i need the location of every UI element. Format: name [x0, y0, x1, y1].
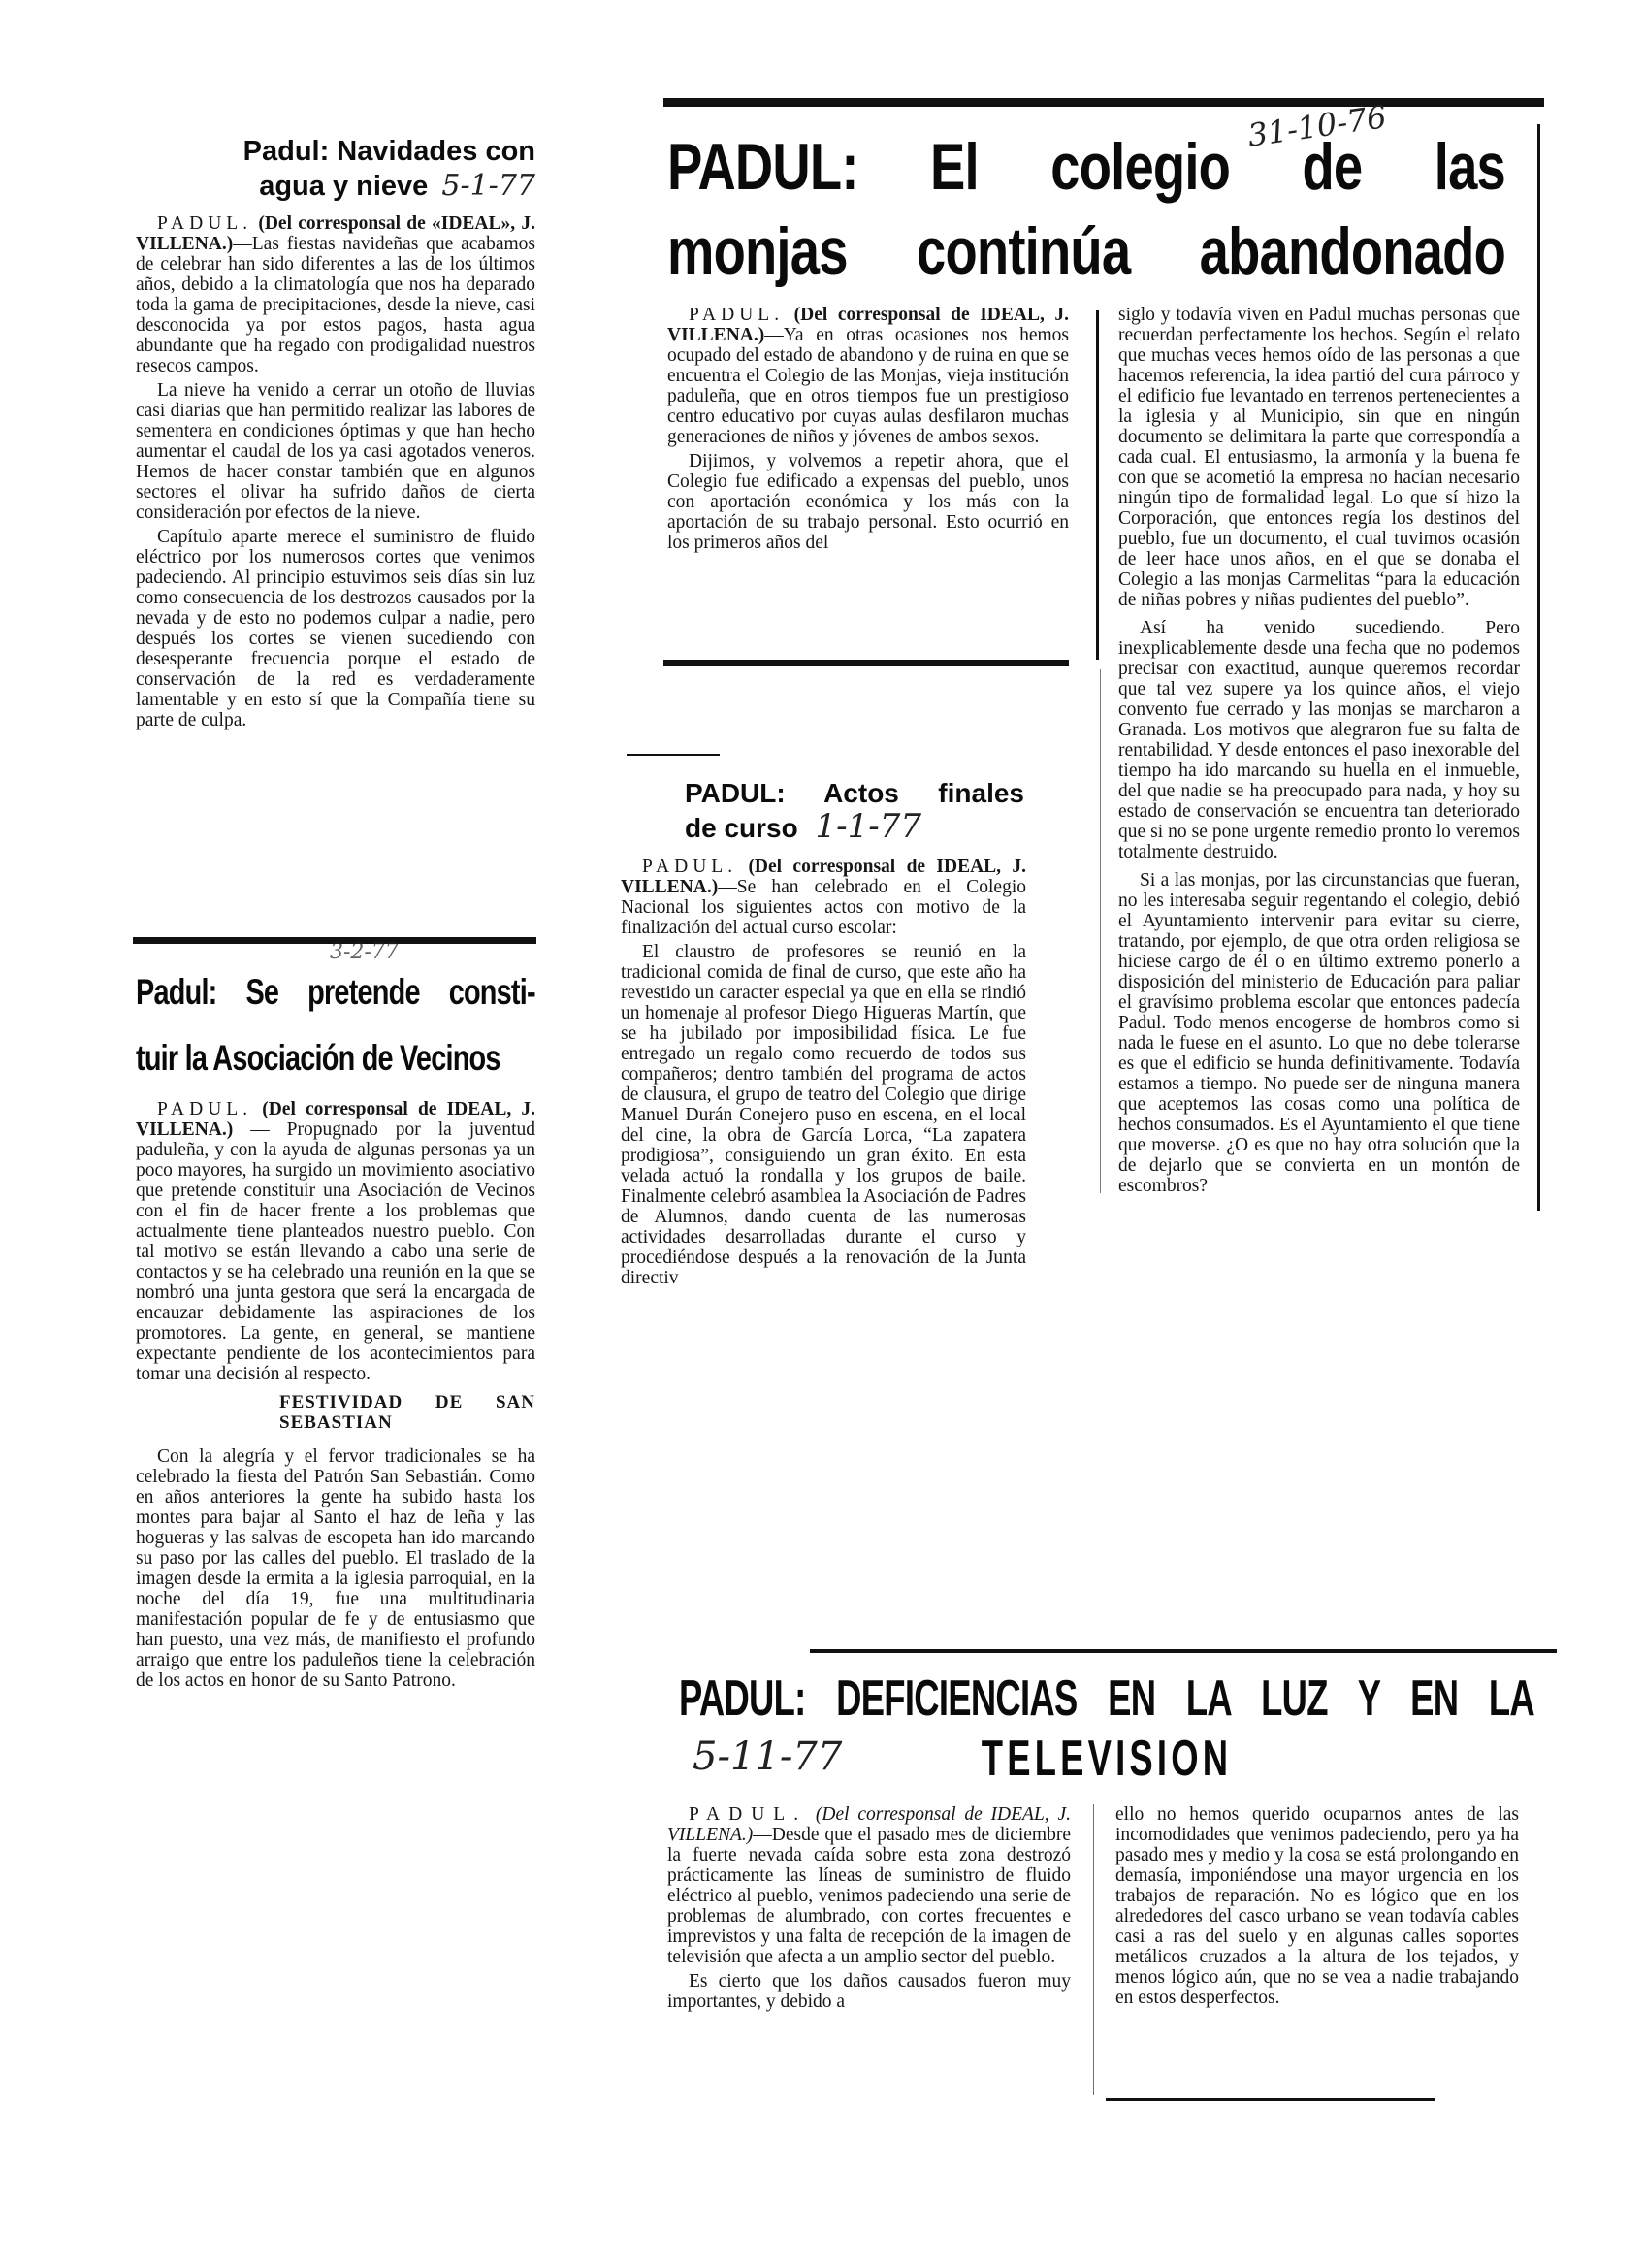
headline-line-2: tuir la Asociación de Vecinos	[136, 1025, 535, 1091]
handwritten-date: 1-1-77	[815, 807, 921, 846]
rule-deficiencias-bottom	[1106, 2098, 1435, 2101]
paragraph: Si a las monjas, por las circunstancias …	[1118, 870, 1520, 1196]
article-body: PADUL. (Del corresponsal de «IDEAL», J. …	[136, 213, 535, 730]
headline-line-2: monjas continúa abandonado	[667, 210, 1505, 294]
paragraph: Capítulo aparte merece el suministro de …	[136, 527, 535, 730]
paragraph-lead: PADUL. (Del corresponsal de IDEAL, J. VI…	[667, 1804, 1071, 1967]
column-divider	[1093, 1804, 1094, 2095]
paragraph: ello no hemos querido ocuparnos antes de…	[1115, 1804, 1519, 2008]
article-asociacion: 3-2-77 Padul: Se pretende consti- tuir l…	[136, 946, 535, 1691]
dateline: PADUL.	[642, 857, 737, 877]
rule-colegio-top	[663, 98, 1544, 107]
headline-line-1: PADUL: Actos finales	[685, 776, 1024, 810]
column-divider	[1096, 310, 1099, 660]
paragraph: El claustro de profesores se reunió en l…	[621, 942, 1026, 1288]
paragraph: Dijimos, y volvemos a repetir ahora, que…	[667, 451, 1069, 553]
rule-actos-top	[627, 754, 720, 756]
rule-deficiencias-top	[810, 1649, 1557, 1653]
paragraph: siglo y todavía viven en Padul muchas pe…	[1118, 305, 1520, 610]
deficiencias-column-2: ello no hemos querido ocuparnos antes de…	[1115, 1804, 1519, 2008]
headline-line-1: PADUL: DEFICIENCIAS EN LA LUZ Y EN LA	[679, 1669, 1534, 1729]
deficiencias-column-1: PADUL. (Del corresponsal de IDEAL, J. VI…	[667, 1804, 1071, 2012]
paragraph-lead: PADUL. (Del corresponsal de IDEAL, J. VI…	[621, 857, 1026, 938]
paragraph-lead: PADUL. (Del corresponsal de IDEAL, J. VI…	[136, 1099, 535, 1384]
article-deficiencias: PADUL: DEFICIENCIAS EN LA LUZ Y EN LA TE…	[679, 1669, 1552, 1789]
headline-line-1: Padul: Navidades con	[136, 134, 535, 169]
paragraph: Así ha venido sucediendo. Pero inexplica…	[1118, 618, 1520, 862]
article-navidades: Padul: Navidades con agua y nieve 5-1-77…	[136, 134, 535, 730]
article-body: PADUL. (Del corresponsal de IDEAL, J. VI…	[621, 857, 1026, 1288]
dateline: PADUL.	[689, 1804, 807, 1825]
paragraph-lead: PADUL. (Del corresponsal de «IDEAL», J. …	[136, 213, 535, 376]
paragraph: — Propugnado por la juventud paduleña, y…	[136, 1119, 535, 1384]
paragraph: —Las fiestas navideñas que acabamos de c…	[136, 234, 535, 376]
column-divider-lower	[1100, 669, 1101, 1193]
paragraph: La nieve ha venido a cerrar un otoño de …	[136, 380, 535, 523]
paragraph: Con la alegría y el fervor tradicionales…	[136, 1446, 535, 1691]
headline-line-2: agua y nieve 5-1-77	[136, 169, 535, 204]
subheading: FESTIVIDAD DE SAN SEBASTIAN	[279, 1392, 535, 1433]
handwritten-date: 5-1-77	[441, 169, 535, 203]
dateline: PADUL.	[689, 305, 784, 325]
headline-line-2: de curso 1-1-77	[685, 810, 1026, 845]
headline-asociacion: Padul: Se pretende consti- tuir la Asoci…	[136, 959, 535, 1091]
article-body: PADUL. (Del corresponsal de IDEAL, J. VI…	[136, 1099, 535, 1691]
headline-navidades: Padul: Navidades con agua y nieve 5-1-77	[136, 134, 535, 204]
headline-actos: PADUL: Actos finales de curso 1-1-77	[621, 776, 1026, 845]
headline-colegio: PADUL: El colegio de las monjas continúa…	[667, 125, 1505, 294]
paragraph: —Desde que el pasado mes de diciembre la…	[667, 1825, 1071, 1967]
headline-line-1: PADUL: El colegio de las	[667, 125, 1505, 210]
colegio-column-1: PADUL. (Del corresponsal de IDEAL, J. VI…	[667, 305, 1069, 553]
article-colegio: 31-10-76 PADUL: El colegio de las monjas…	[667, 112, 1540, 294]
rule-colegio-col1-bottom	[663, 660, 1069, 666]
handwritten-date: 5-11-77	[693, 1734, 842, 1779]
paragraph-lead: PADUL. (Del corresponsal de IDEAL, J. VI…	[667, 305, 1069, 447]
dateline: PADUL.	[157, 213, 252, 234]
paragraph: Es cierto que los daños causados fueron …	[667, 1971, 1071, 2012]
colegio-column-2: siglo y todavía viven en Padul muchas pe…	[1118, 305, 1520, 1196]
headline-line-1: Padul: Se pretende consti-	[136, 959, 535, 1025]
dateline: PADUL.	[157, 1099, 252, 1119]
article-actos: PADUL: Actos finales de curso 1-1-77 PAD…	[621, 776, 1026, 1288]
